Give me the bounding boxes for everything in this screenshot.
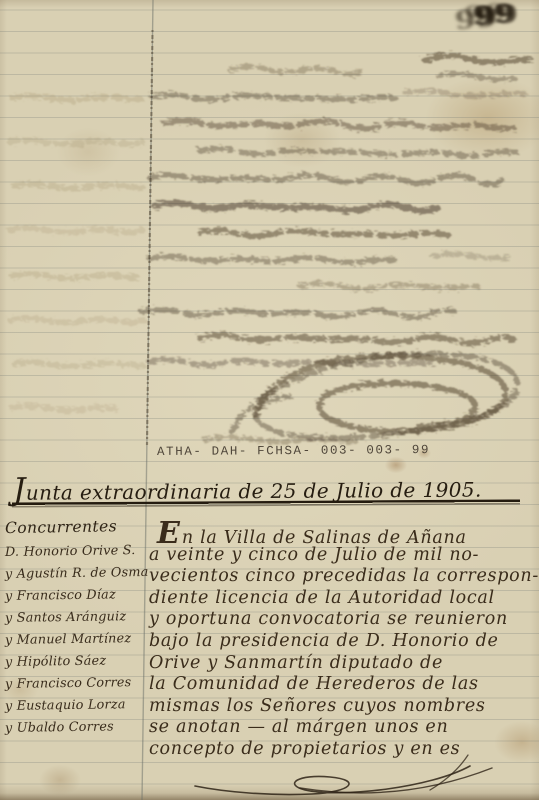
pen-flourish [0, 0, 539, 800]
manuscript-page: 99 ATHA- DAH- FCHSA- 003- 003- 99 Junta … [0, 0, 539, 800]
